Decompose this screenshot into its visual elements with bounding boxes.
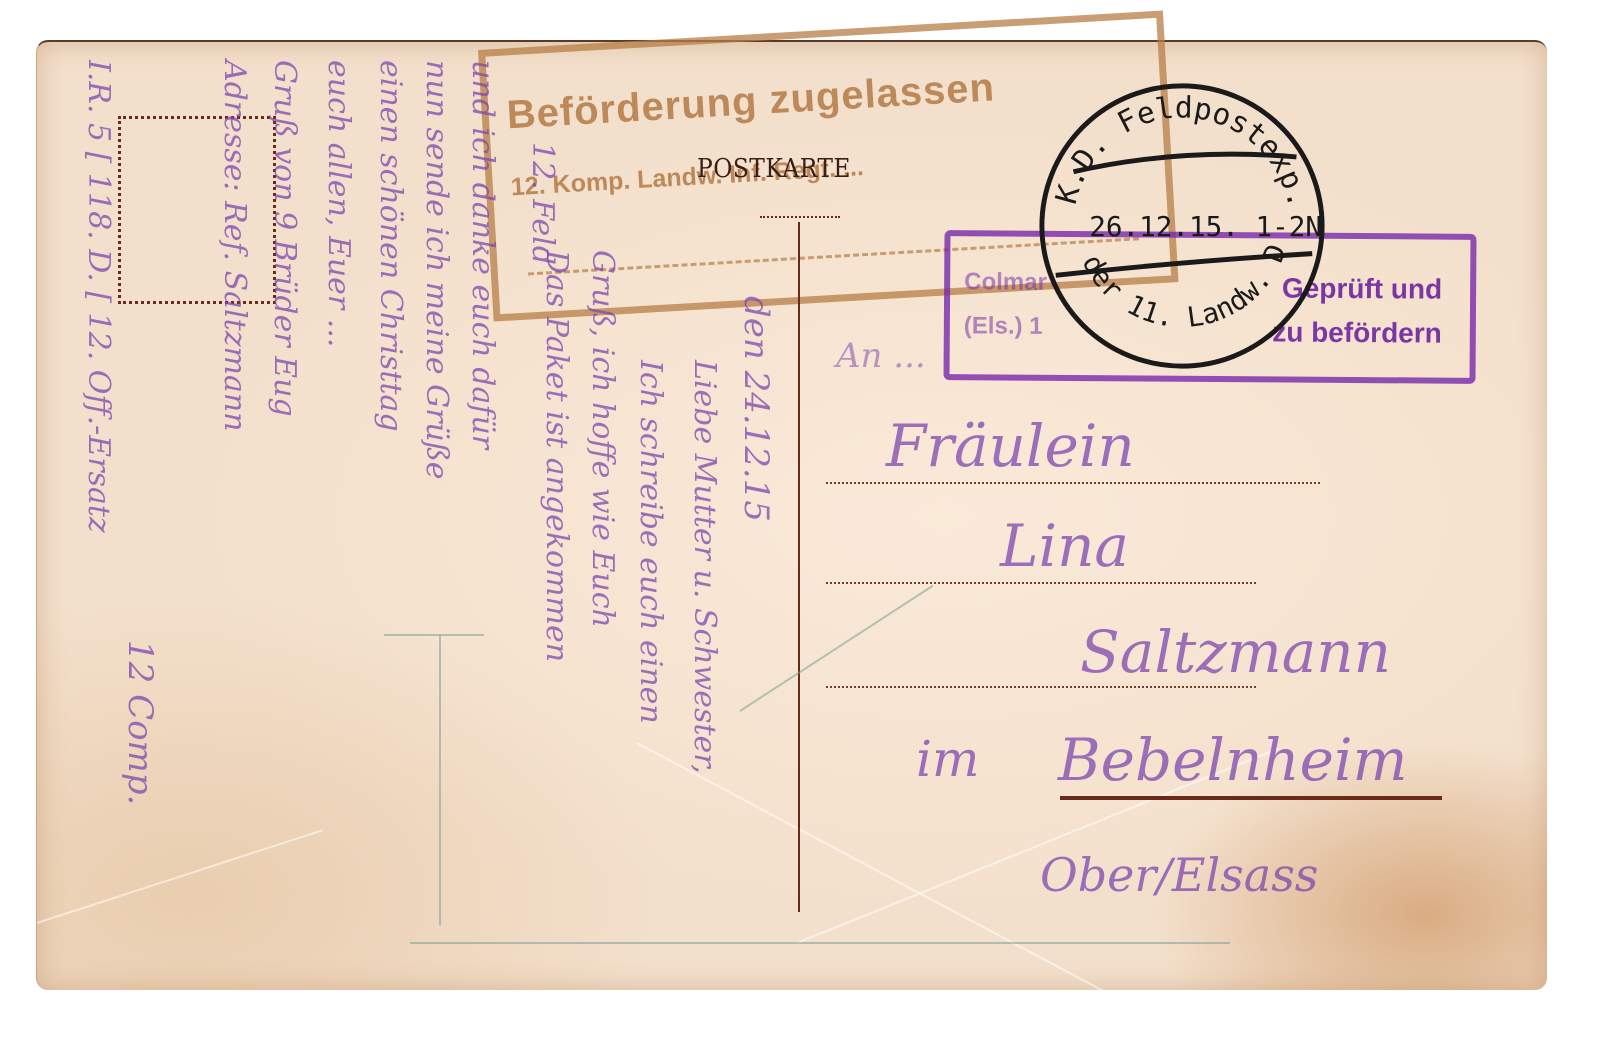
address-salutation: Fräulein xyxy=(886,412,1135,480)
message-line: Adresse: Ref. Saltzmann xyxy=(217,60,252,431)
divider-top-dots xyxy=(760,216,840,218)
address-line-1 xyxy=(826,482,1320,484)
postmark-date: 26.12.15. 1-2N xyxy=(1089,210,1322,243)
svg-text:K.D. Feldpostexp.: K.D. Feldpostexp. xyxy=(1049,90,1316,210)
address-line-3 xyxy=(826,686,1256,688)
postcard-title: POSTKARTE xyxy=(697,154,851,184)
message-line: Liebe Mutter u. Schwester, xyxy=(687,360,722,774)
address-in-prefix: im xyxy=(916,730,979,788)
sender-note: An ... xyxy=(836,336,926,376)
address-line-2 xyxy=(826,582,1256,584)
message-line: und ich danke euch dafür xyxy=(465,60,500,449)
message-line: Das Paket ist angekommen xyxy=(539,250,574,662)
message-line: Gruß, ich hoffe wie Euch xyxy=(585,250,620,628)
message-line: nun sende ich meine Grüße xyxy=(419,60,454,480)
address-town: Bebelnheim xyxy=(1058,726,1408,794)
stamp-placeholder-box xyxy=(118,116,276,304)
message-line: einen schönen Christtag xyxy=(373,60,408,432)
message-line: I.R. 5 [ 118. D. [ 12. Off.-Ersatz xyxy=(81,60,116,533)
message-overlay-word: 12. Feld xyxy=(525,142,560,265)
message-line: 12 Comp. xyxy=(120,640,160,805)
paper-crease xyxy=(37,829,323,924)
pencil-mark xyxy=(384,634,484,636)
address-surname: Saltzmann xyxy=(1080,618,1391,686)
message-line: Gruß von 9 Brüder Eug xyxy=(267,60,302,417)
center-divider-line xyxy=(798,222,800,912)
pencil-mark xyxy=(439,635,441,925)
message-date: den 24.12.15 xyxy=(736,296,776,522)
brown-stamp-line1: Beförderung zugelassen xyxy=(506,65,997,138)
pencil-mark xyxy=(410,942,1230,944)
censor-stamp-left-line2: (Els.) 1 xyxy=(964,312,1043,341)
feldpost-postmark: K.D. Feldpostexp. 26.12.15. 1-2N der 11.… xyxy=(1034,78,1330,374)
address-first-name: Lina xyxy=(1000,512,1129,580)
address-line-4-underline xyxy=(1060,796,1442,800)
message-line: euch allen, Euer ... xyxy=(321,60,356,347)
message-line: Ich schreibe euch einen xyxy=(633,360,668,724)
address-region: Ober/Elsass xyxy=(1040,848,1318,902)
postmark-top-text: K.D. Feldpostexp. xyxy=(1049,90,1316,210)
